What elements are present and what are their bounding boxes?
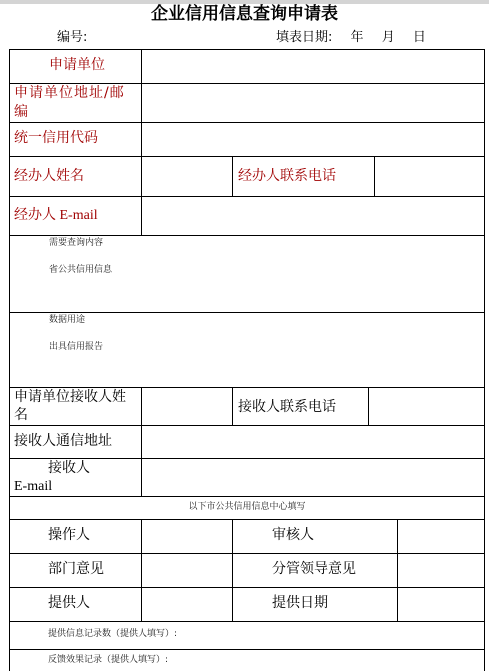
agent-phone-field[interactable] bbox=[375, 157, 484, 196]
row-line bbox=[9, 312, 485, 313]
agent-email-suffix: E-mail bbox=[56, 208, 98, 223]
fill-date-label: 填表日期: bbox=[276, 30, 332, 45]
agent-name-label: 经办人姓名 bbox=[14, 167, 84, 186]
receiver-phone-label: 接收人联系电话 bbox=[238, 398, 336, 417]
applicant-unit-label: 申请单位 bbox=[49, 56, 105, 75]
leader-opinion-label: 分管领导意见 bbox=[272, 560, 356, 579]
provider-field[interactable] bbox=[142, 588, 232, 621]
dept-opinion-label: 部门意见 bbox=[48, 560, 104, 579]
agent-email-prefix: 经办人 bbox=[14, 207, 56, 223]
agent-phone-label: 经办人联系电话 bbox=[238, 167, 336, 186]
fill-date: 填表日期: 年 月 日 bbox=[276, 29, 440, 47]
col-line bbox=[232, 387, 233, 425]
receiver-email-field[interactable] bbox=[142, 459, 484, 496]
agent-email-field[interactable] bbox=[142, 197, 484, 235]
row-line bbox=[9, 496, 485, 497]
row-line bbox=[9, 649, 485, 650]
receiver-name-label-line1: 申请单位接收人姓 bbox=[14, 388, 126, 407]
operator-label: 操作人 bbox=[48, 526, 90, 545]
provide-date-label: 提供日期 bbox=[272, 594, 328, 613]
border bbox=[9, 49, 10, 671]
col-line bbox=[232, 519, 233, 621]
border bbox=[484, 49, 485, 671]
provider-label: 提供人 bbox=[48, 594, 90, 613]
row-line bbox=[9, 235, 485, 236]
receiver-name-field[interactable] bbox=[142, 388, 232, 425]
leader-opinion-field[interactable] bbox=[398, 554, 484, 587]
feedback-record-label: 反馈效果记录（提供人填写）: bbox=[48, 654, 168, 666]
reviewer-label: 审核人 bbox=[272, 526, 314, 545]
query-content-value: 省公共信用信息 bbox=[49, 264, 112, 276]
receiver-email-label-line2: E-mail bbox=[14, 477, 52, 496]
applicant-address-label-line2: 编 bbox=[14, 103, 28, 122]
receiver-email-label-line1: 接收人 bbox=[48, 459, 90, 478]
col-line bbox=[232, 156, 233, 196]
applicant-address-field[interactable] bbox=[142, 84, 484, 122]
query-content-label: 需要查询内容 bbox=[49, 237, 103, 249]
month-label: 月 bbox=[382, 30, 395, 45]
data-usage-value: 出具信用报告 bbox=[49, 341, 103, 353]
reviewer-field[interactable] bbox=[398, 520, 484, 553]
applicant-address-label-line1: 申请单位地址/邮 bbox=[14, 84, 125, 103]
provide-date-field[interactable] bbox=[398, 588, 484, 621]
credit-code-label: 统一信用代码 bbox=[14, 129, 98, 148]
record-count-label: 提供信息记录数（提供人填写）: bbox=[48, 628, 177, 640]
year-label: 年 bbox=[351, 30, 364, 45]
data-usage-label: 数据用途 bbox=[49, 314, 85, 326]
row-line bbox=[9, 621, 485, 622]
agent-name-field[interactable] bbox=[142, 157, 232, 196]
day-label: 日 bbox=[413, 30, 426, 45]
dept-opinion-field[interactable] bbox=[142, 554, 232, 587]
receiver-address-field[interactable] bbox=[142, 426, 484, 458]
center-section-note: 以下市公共信用信息中心填写 bbox=[9, 501, 485, 513]
agent-email-label: 经办人 E-mail bbox=[14, 206, 98, 225]
credit-code-field[interactable] bbox=[142, 123, 484, 156]
page-title: 企业信用信息查询申请表 bbox=[0, 3, 489, 25]
applicant-unit-field[interactable] bbox=[142, 50, 484, 83]
operator-field[interactable] bbox=[142, 520, 232, 553]
form-number-label: 编号: bbox=[57, 29, 87, 47]
receiver-phone-field[interactable] bbox=[369, 388, 484, 425]
receiver-name-label-line2: 名 bbox=[14, 406, 28, 425]
receiver-address-label: 接收人通信地址 bbox=[14, 432, 112, 451]
